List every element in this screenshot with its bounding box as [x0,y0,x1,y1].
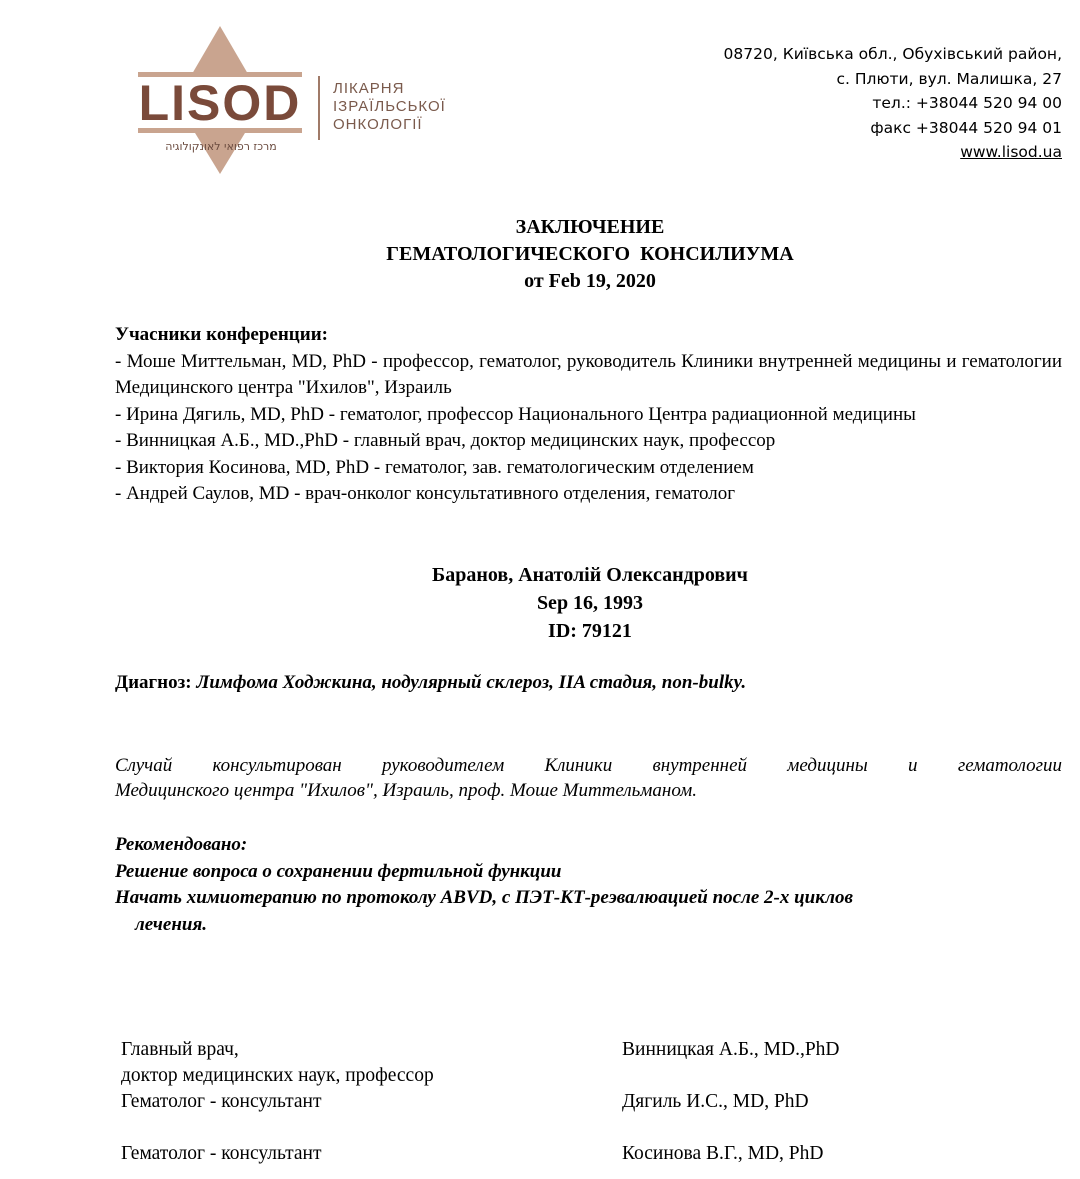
contact-block: 08720, Київська обл., Обухівський район,… [724,42,1062,165]
fax: факс +38044 520 94 01 [724,116,1062,141]
participant-item: - Ирина Дягиль, MD, PhD - гематолог, про… [115,402,1062,429]
logo-wordmark: LISOD [136,78,304,128]
signature-title: Главный врач, [121,1037,434,1063]
spacer [622,1115,840,1141]
signature-title: доктор медицинских наук, профессор [121,1063,434,1089]
logo-tagline-line: ЛІКАРНЯ [333,80,446,98]
logo-divider [318,76,320,140]
logo-tagline-line: ІЗРАЇЛЬСЬКОЇ [333,98,446,116]
participant-item: - Виктория Косинова, MD, PhD - гематолог… [115,455,1062,482]
spacer [121,1115,434,1141]
participant-item: - Андрей Саулов, MD - врач-онколог консу… [115,481,1062,508]
consultation-line: Медицинского центра "Ихилов", Израиль, п… [115,778,1062,803]
recommendation-item: Начать химиотерапию по протоколу ABVD, с… [115,885,1062,912]
participants-section: Учасники конференции: - Моше Миттельман,… [115,322,1062,508]
participant-item: - Моше Миттельман, MD, PhD - профессор, … [115,349,1062,402]
recommendations-heading: Рекомендовано: [115,832,1062,859]
document-title: ЗАКЛЮЧЕНИЕ ГЕМАТОЛОГИЧЕСКОГО КОНСИЛИУМА … [0,214,1080,295]
title-date: от Feb 19, 2020 [0,268,1080,295]
signature-name: Дягиль И.С., MD, PhD [622,1089,840,1115]
logo-tagline-line: ОНКОЛОГІЇ [333,116,446,134]
consultation-line: Случай консультирован руководителем Клин… [115,753,1062,778]
consultation-note: Случай консультирован руководителем Клин… [115,753,1062,803]
logo-tagline: ЛІКАРНЯ ІЗРАЇЛЬСЬКОЇ ОНКОЛОГІЇ [333,80,446,134]
patient-block: Баранов, Анатолій Олександрович Sep 16, … [0,561,1080,645]
website-link[interactable]: www.lisod.ua [724,140,1062,165]
diagnosis: Диагноз: Лимфома Ходжкина, нодулярный ск… [115,672,1062,694]
participants-heading: Учасники конференции: [115,322,1062,349]
logo-hebrew-subtitle: מרכז רפואי לאונקולוגיה [150,141,292,152]
signature-names: Винницкая А.Б., MD.,PhD Дягиль И.С., MD,… [622,1037,840,1167]
recommendation-item: Решение вопроса о сохранении фертильной … [115,859,1062,886]
diagnosis-label: Диагноз: [115,672,192,693]
patient-id: ID: 79121 [0,617,1080,645]
signature-title: Гематолог - консультант [121,1141,434,1167]
signature-name: Косинова В.Г., MD, PhD [622,1141,840,1167]
address-line: 08720, Київська обл., Обухівський район, [724,42,1062,67]
signature-titles: Главный врач, доктор медицинских наук, п… [121,1037,434,1167]
participant-item: - Винницкая А.Б., MD.,PhD - главный врач… [115,428,1062,455]
patient-name: Баранов, Анатолій Олександрович [0,561,1080,589]
recommendation-continuation: лечения. [115,912,1062,939]
title-line: ГЕМАТОЛОГИЧЕСКОГО КОНСИЛИУМА [0,241,1080,268]
patient-dob: Sep 16, 1993 [0,589,1080,617]
signature-name: Винницкая А.Б., MD.,PhD [622,1037,840,1063]
diagnosis-value: Лимфома Ходжкина, нодулярный склероз, II… [196,672,746,693]
title-line: ЗАКЛЮЧЕНИЕ [0,214,1080,241]
phone: тел.: +38044 520 94 00 [724,91,1062,116]
spacer [622,1063,840,1089]
recommendations: Рекомендовано: Решение вопроса о сохране… [115,832,1062,938]
signature-title: Гематолог - консультант [121,1089,434,1115]
address-line: с. Плюти, вул. Малишка, 27 [724,67,1062,92]
clinic-logo: LISOD מרכז רפואי לאונקולוגיה ЛІКАРНЯ ІЗР… [132,26,472,176]
